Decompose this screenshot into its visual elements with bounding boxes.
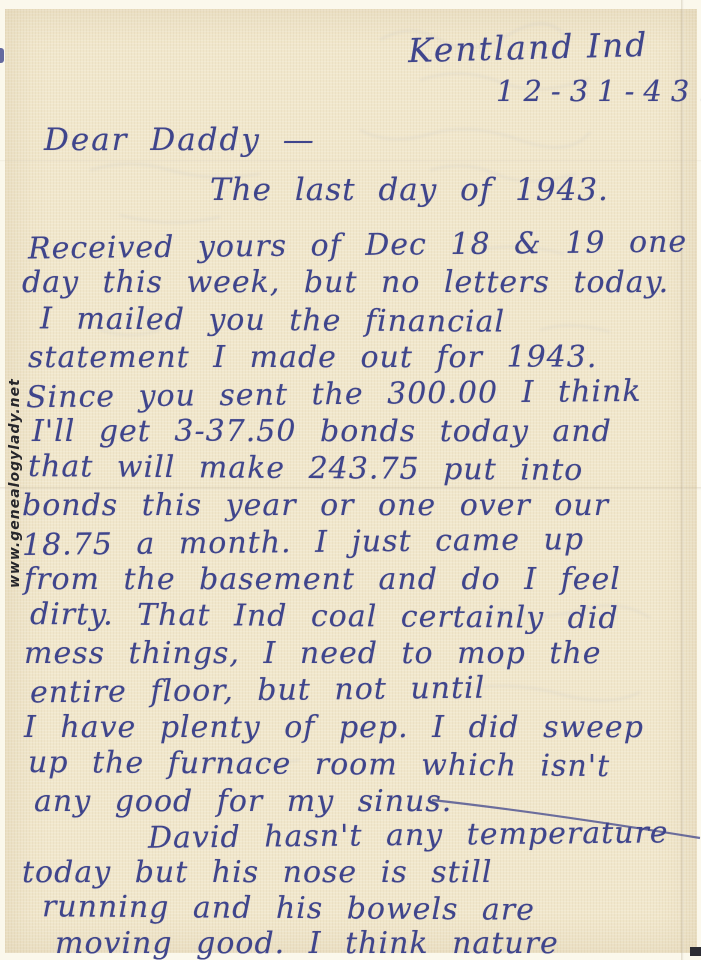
scanned-letter-page: { "page": { "kind": "scanned handwritten…: [0, 0, 701, 960]
pen-flourish-stroke: [0, 0, 701, 960]
